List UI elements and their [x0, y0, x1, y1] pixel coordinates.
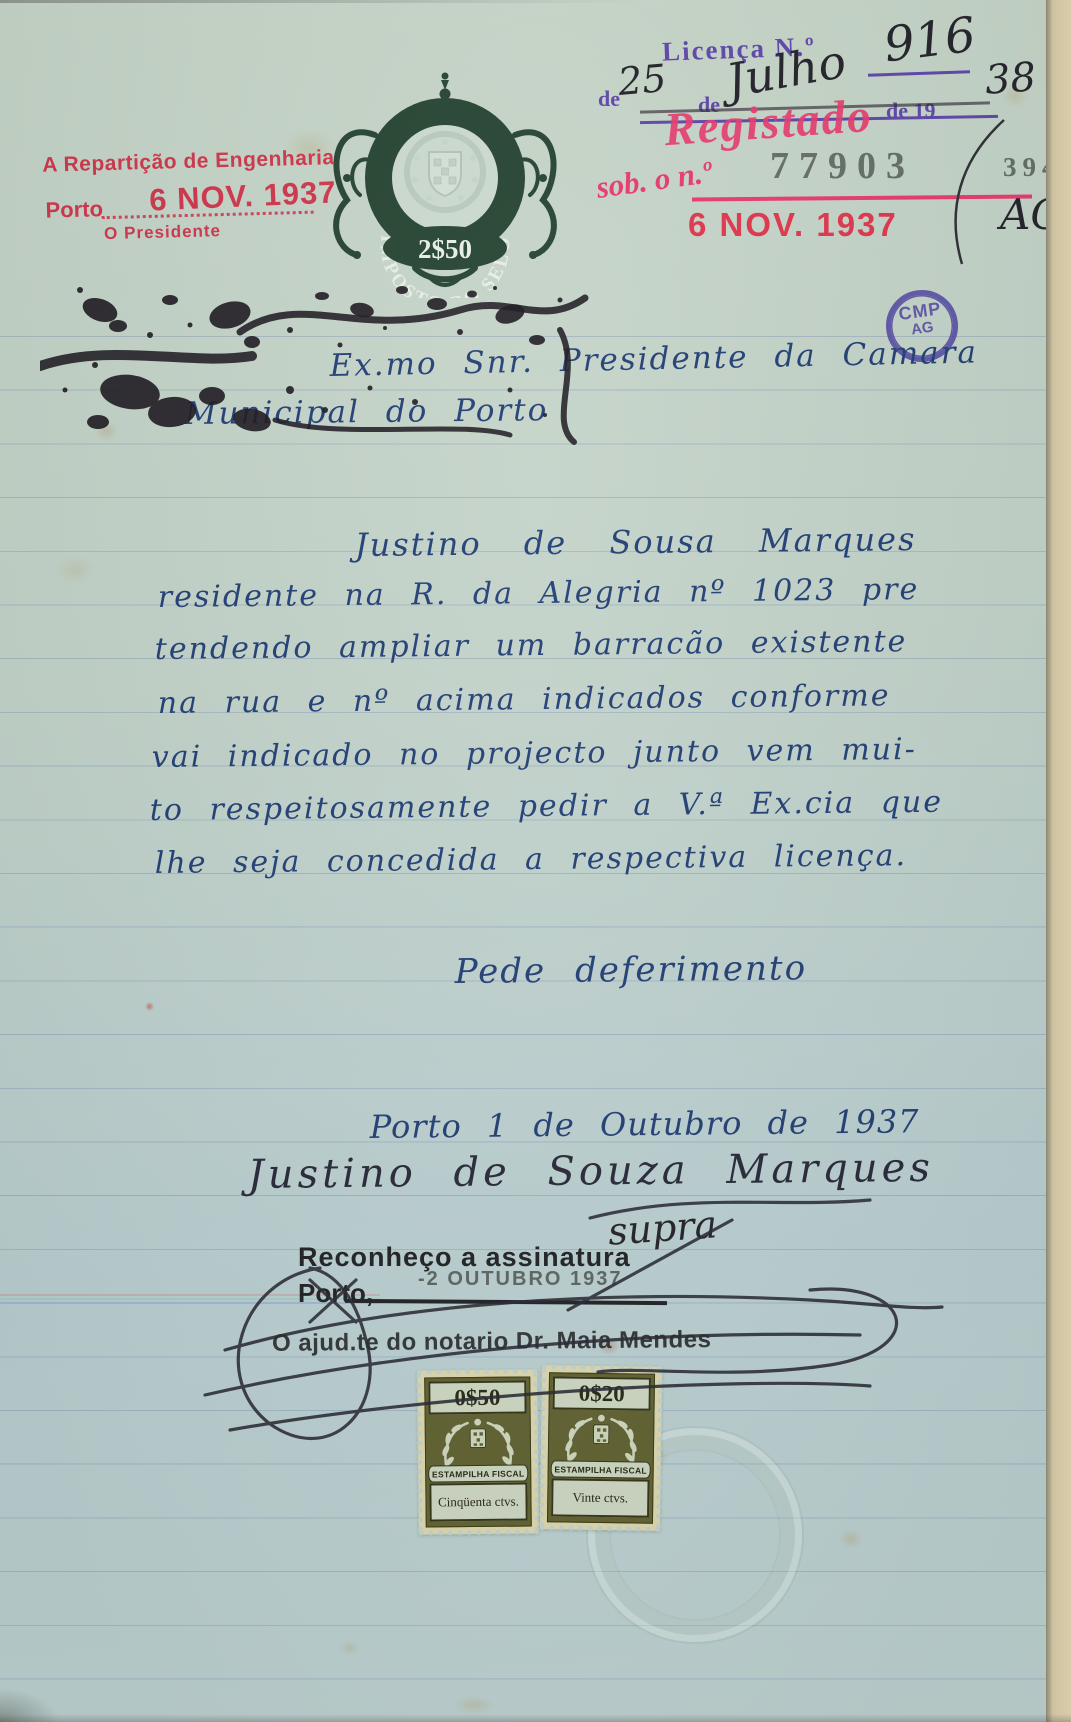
- tax-stamp-value: 2$50: [418, 234, 472, 264]
- stamp-porto-label: Porto: [45, 196, 103, 223]
- stain: [838, 1528, 864, 1550]
- page-edge-bottom: [0, 1714, 1071, 1722]
- stamp-perforation: [540, 1524, 660, 1533]
- petition-line: tendendo ampliar um barracão existente: [155, 624, 908, 667]
- stamp-denomination: Vinte ctvs.: [551, 1478, 650, 1517]
- petition-line: residente na R. da Alegria nº 1023 pre: [158, 572, 920, 615]
- petition-line: na rua e nº acima indicados conforme: [158, 678, 891, 721]
- stamp-president-label: O Presidente: [104, 221, 221, 244]
- petition-line: vai indicado no projecto junto vem mui-: [152, 732, 917, 775]
- licenca-de3: de 19: [886, 98, 936, 124]
- licenca-de1: de: [598, 86, 620, 112]
- registado-number: 77903: [770, 144, 915, 188]
- licenca-year-handwritten: 38: [983, 54, 1037, 103]
- stamp-denomination: Cinqüenta ctvs.: [429, 1482, 527, 1521]
- page-corner-shadow: [0, 1688, 60, 1722]
- petition-line: to respeitosamente pedir a V.ª Ex.cia qu…: [150, 785, 944, 828]
- licenca-underline: [868, 70, 970, 77]
- licenca-number-handwritten: 916: [881, 7, 979, 74]
- scanned-document-page: IMPOSTO DO SELO 2$50 A Repa: [0, 0, 1071, 1722]
- registado-date: 6 NOV. 1937: [688, 206, 898, 244]
- petition-line: Justino de Sousa Marques: [355, 520, 917, 564]
- tax-stamp-emblem: IMPOSTO DO SELO 2$50: [330, 50, 560, 298]
- ink-blot: [40, 270, 610, 470]
- stain: [340, 1640, 360, 1656]
- stamp-perforation: [419, 1528, 539, 1536]
- page-edge-right: [1046, 0, 1071, 1722]
- imposto-do-selo-crest-icon: IMPOSTO DO SELO 2$50: [330, 50, 560, 298]
- petition-line: lhe seja concedida a respectiva licença.: [155, 838, 908, 881]
- licenca-day-handwritten: 25: [616, 56, 668, 104]
- stain: [452, 1695, 496, 1715]
- petition-closing: Pede deferimento: [455, 948, 808, 992]
- stain: [55, 555, 95, 585]
- page-edge-top: [0, 0, 1071, 3]
- petition-date-line: Porto 1 de Outubro de 1937: [370, 1102, 920, 1146]
- notary-signature-scrawl: [170, 1180, 970, 1480]
- corner-paren-stroke: [938, 118, 1018, 268]
- stamp-office-name: A Repartição de Engenharia: [42, 146, 335, 178]
- stain: [145, 1002, 154, 1011]
- stamp-dotted-line: [101, 191, 314, 220]
- engineering-office-stamp: A Repartição de Engenharia 6 NOV. 1937 P…: [40, 146, 330, 154]
